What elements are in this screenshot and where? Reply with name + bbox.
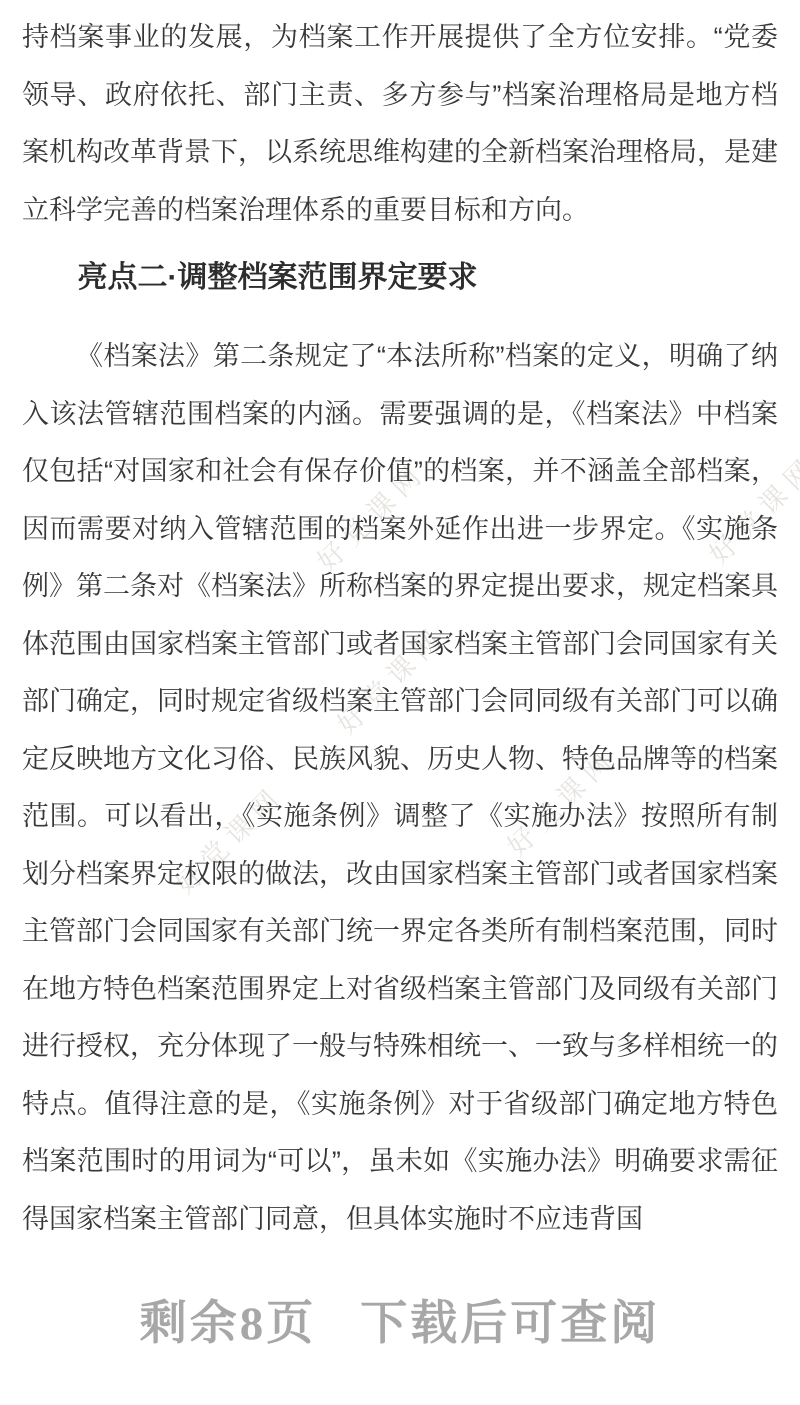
download-hint-label: 下载后可查阅 bbox=[360, 1298, 660, 1350]
body-paragraph: 持档案事业的发展，为档案工作开展提供了全方位安排。“党委领导、政府依托、部门主责… bbox=[22, 9, 778, 239]
page-footer: 剩余8页下载后可查阅 bbox=[0, 1286, 800, 1353]
section-heading: 亮点二·调整档案范围界定要求 bbox=[22, 249, 778, 306]
remaining-pages-label: 剩余8页 bbox=[140, 1298, 317, 1350]
body-paragraph: 《档案法》第二条规定了“本法所称”档案的定义，明确了纳入该法管辖范围档案的内涵。… bbox=[22, 328, 778, 1248]
document-content: 持档案事业的发展，为档案工作开展提供了全方位安排。“党委领导、政府依托、部门主责… bbox=[22, 0, 778, 1248]
document-page: 好党课网好党课网好党课网好党课网好党课网 持档案事业的发展，为档案工作开展提供了… bbox=[0, 0, 800, 1405]
